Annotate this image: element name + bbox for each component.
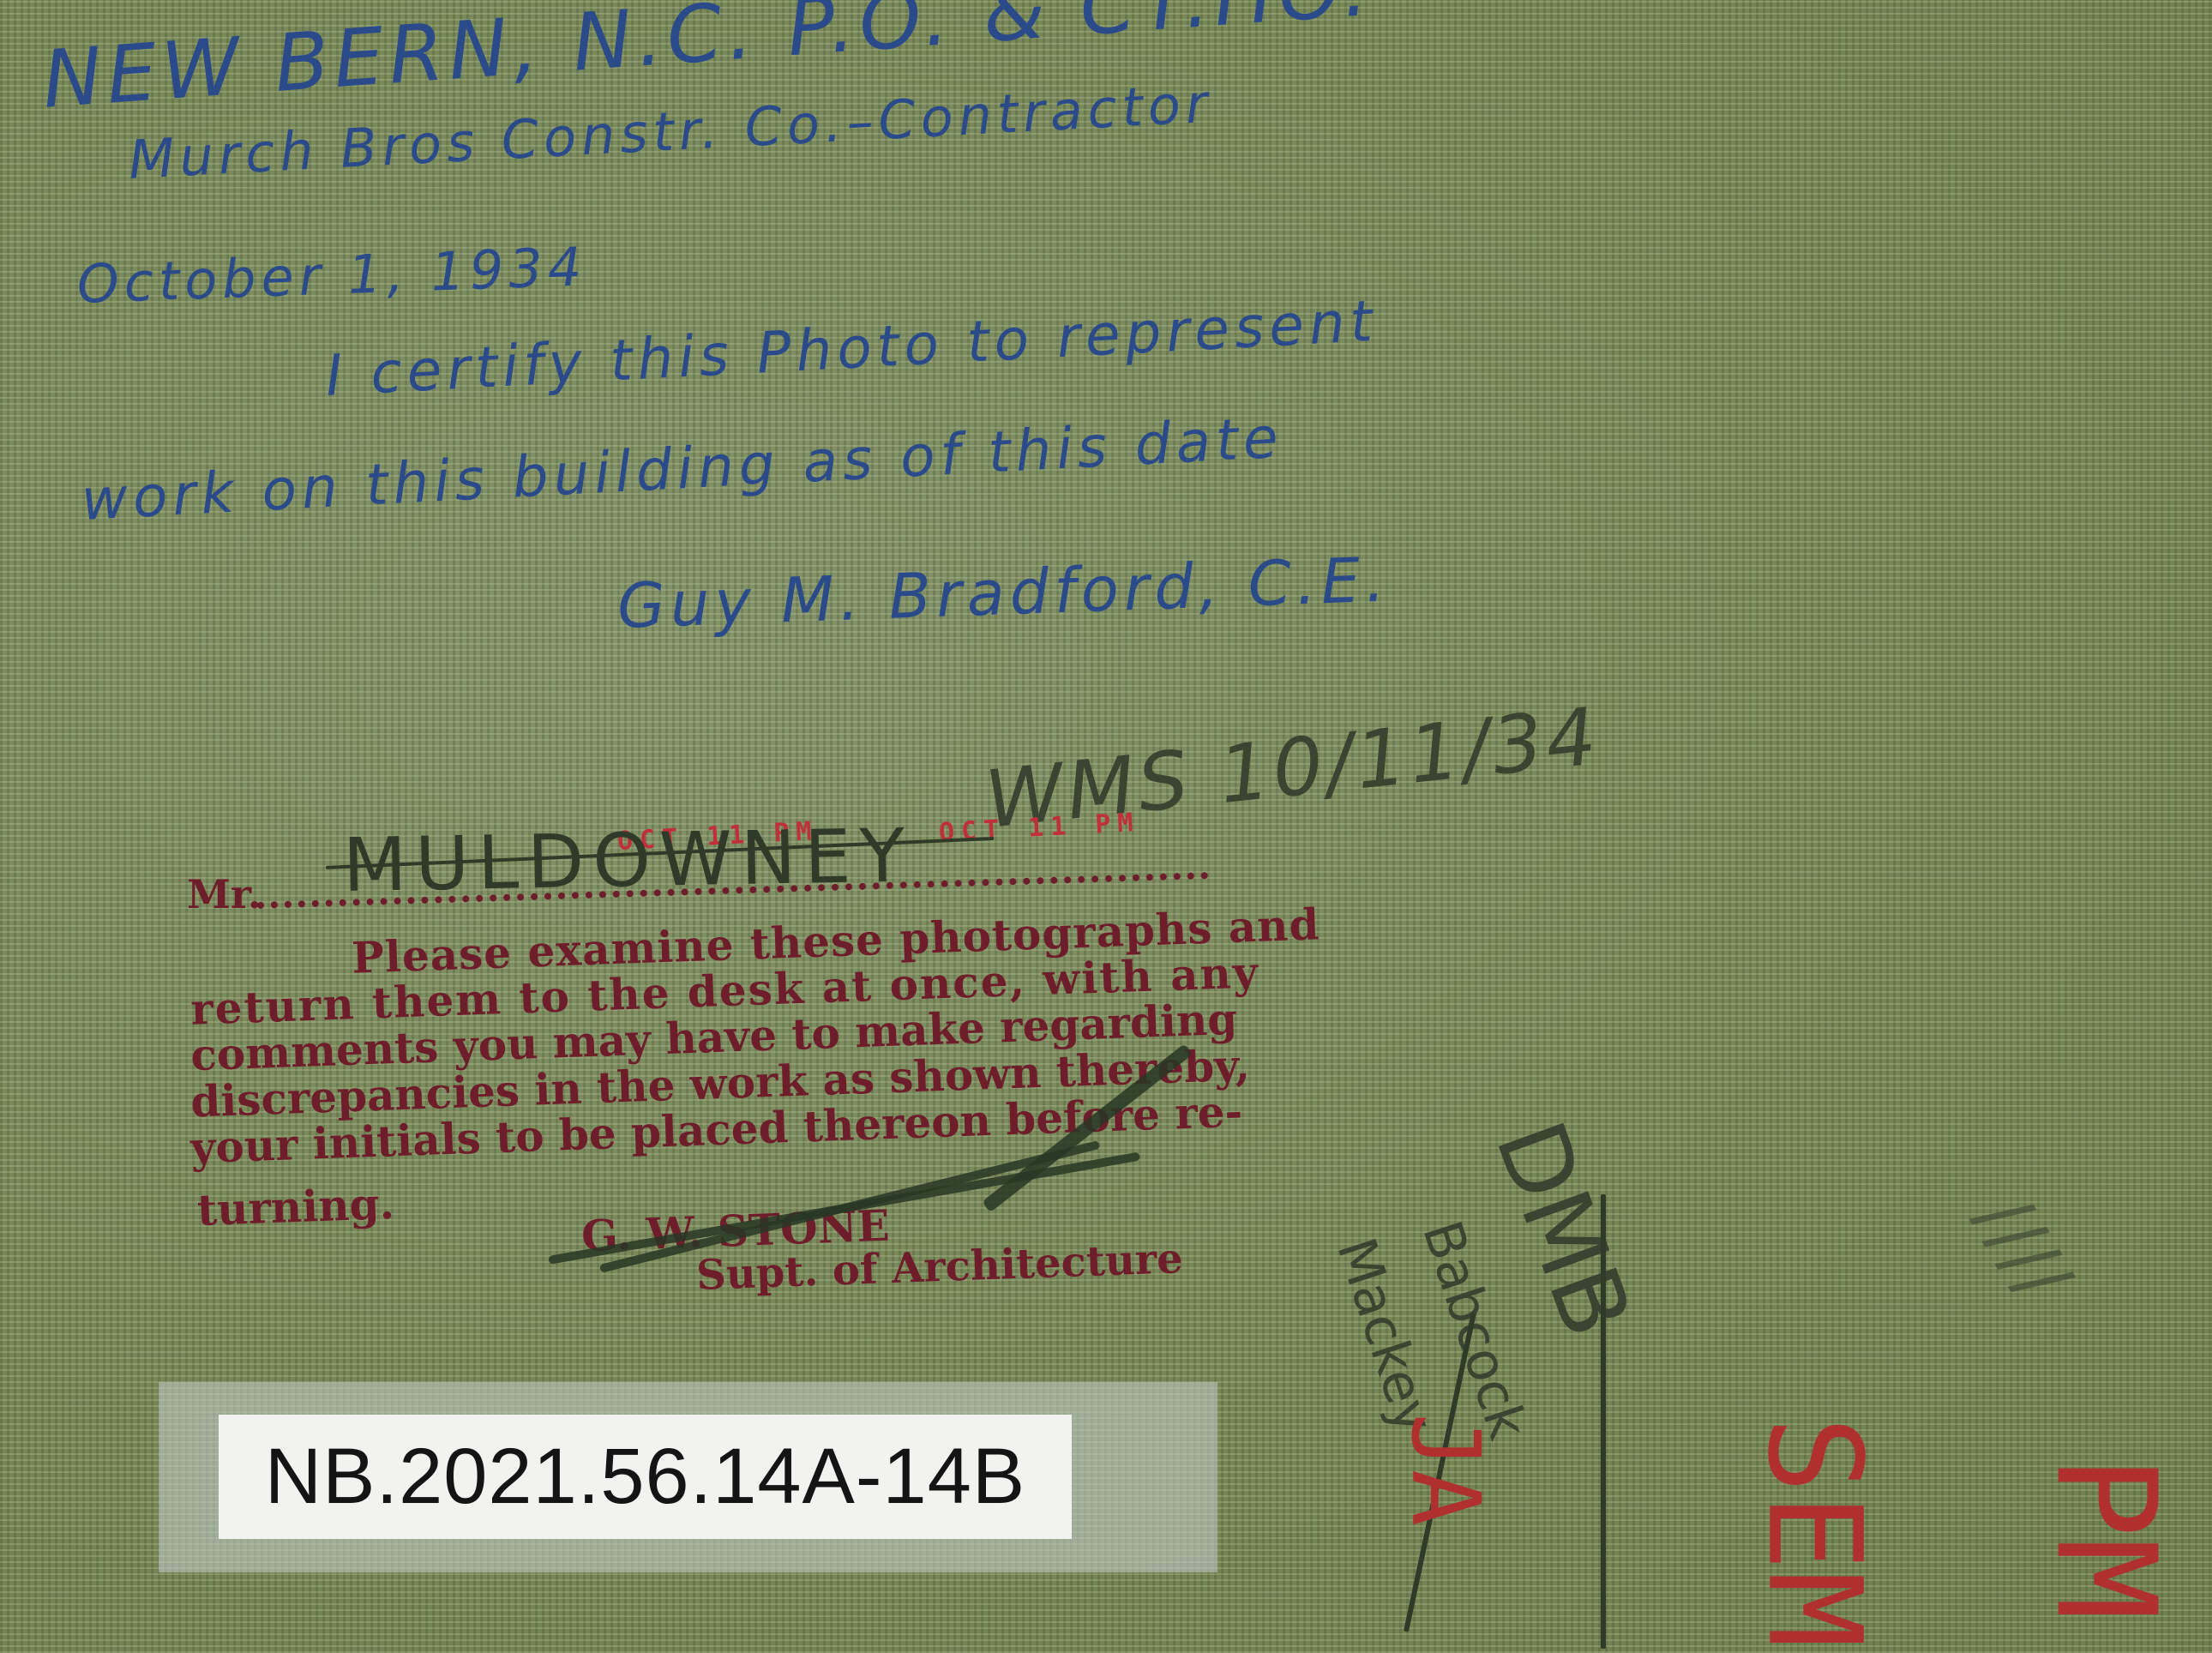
stamp-body-line-6: turning. xyxy=(196,1180,395,1235)
accession-number-label: NB.2021.56.14A-14B xyxy=(219,1415,1072,1539)
certification-line-1: I certify this Photo to represent xyxy=(324,288,1379,409)
red-initials-ja: JA xyxy=(1391,1413,1500,1526)
red-initials-pm: PM xyxy=(2026,1455,2186,1620)
red-initials-sem: SEM xyxy=(1739,1416,1888,1649)
margin-pencil-stroke-2 xyxy=(1601,1194,1606,1649)
engineer-signature: Guy M. Bradford, C.E. xyxy=(616,544,1392,642)
accession-number-text: NB.2021.56.14A-14B xyxy=(265,1432,1026,1522)
handwritten-date: October 1, 1934 xyxy=(76,235,588,316)
stamp-mr-label: Mr. xyxy=(187,870,261,918)
received-stamp-date-2: OCT 11 PM xyxy=(938,808,1140,848)
certification-line-2: work on this building as of this date xyxy=(80,405,1284,533)
faint-pencil-marks-right: ∕∕∕∕ xyxy=(1959,1180,2089,1315)
